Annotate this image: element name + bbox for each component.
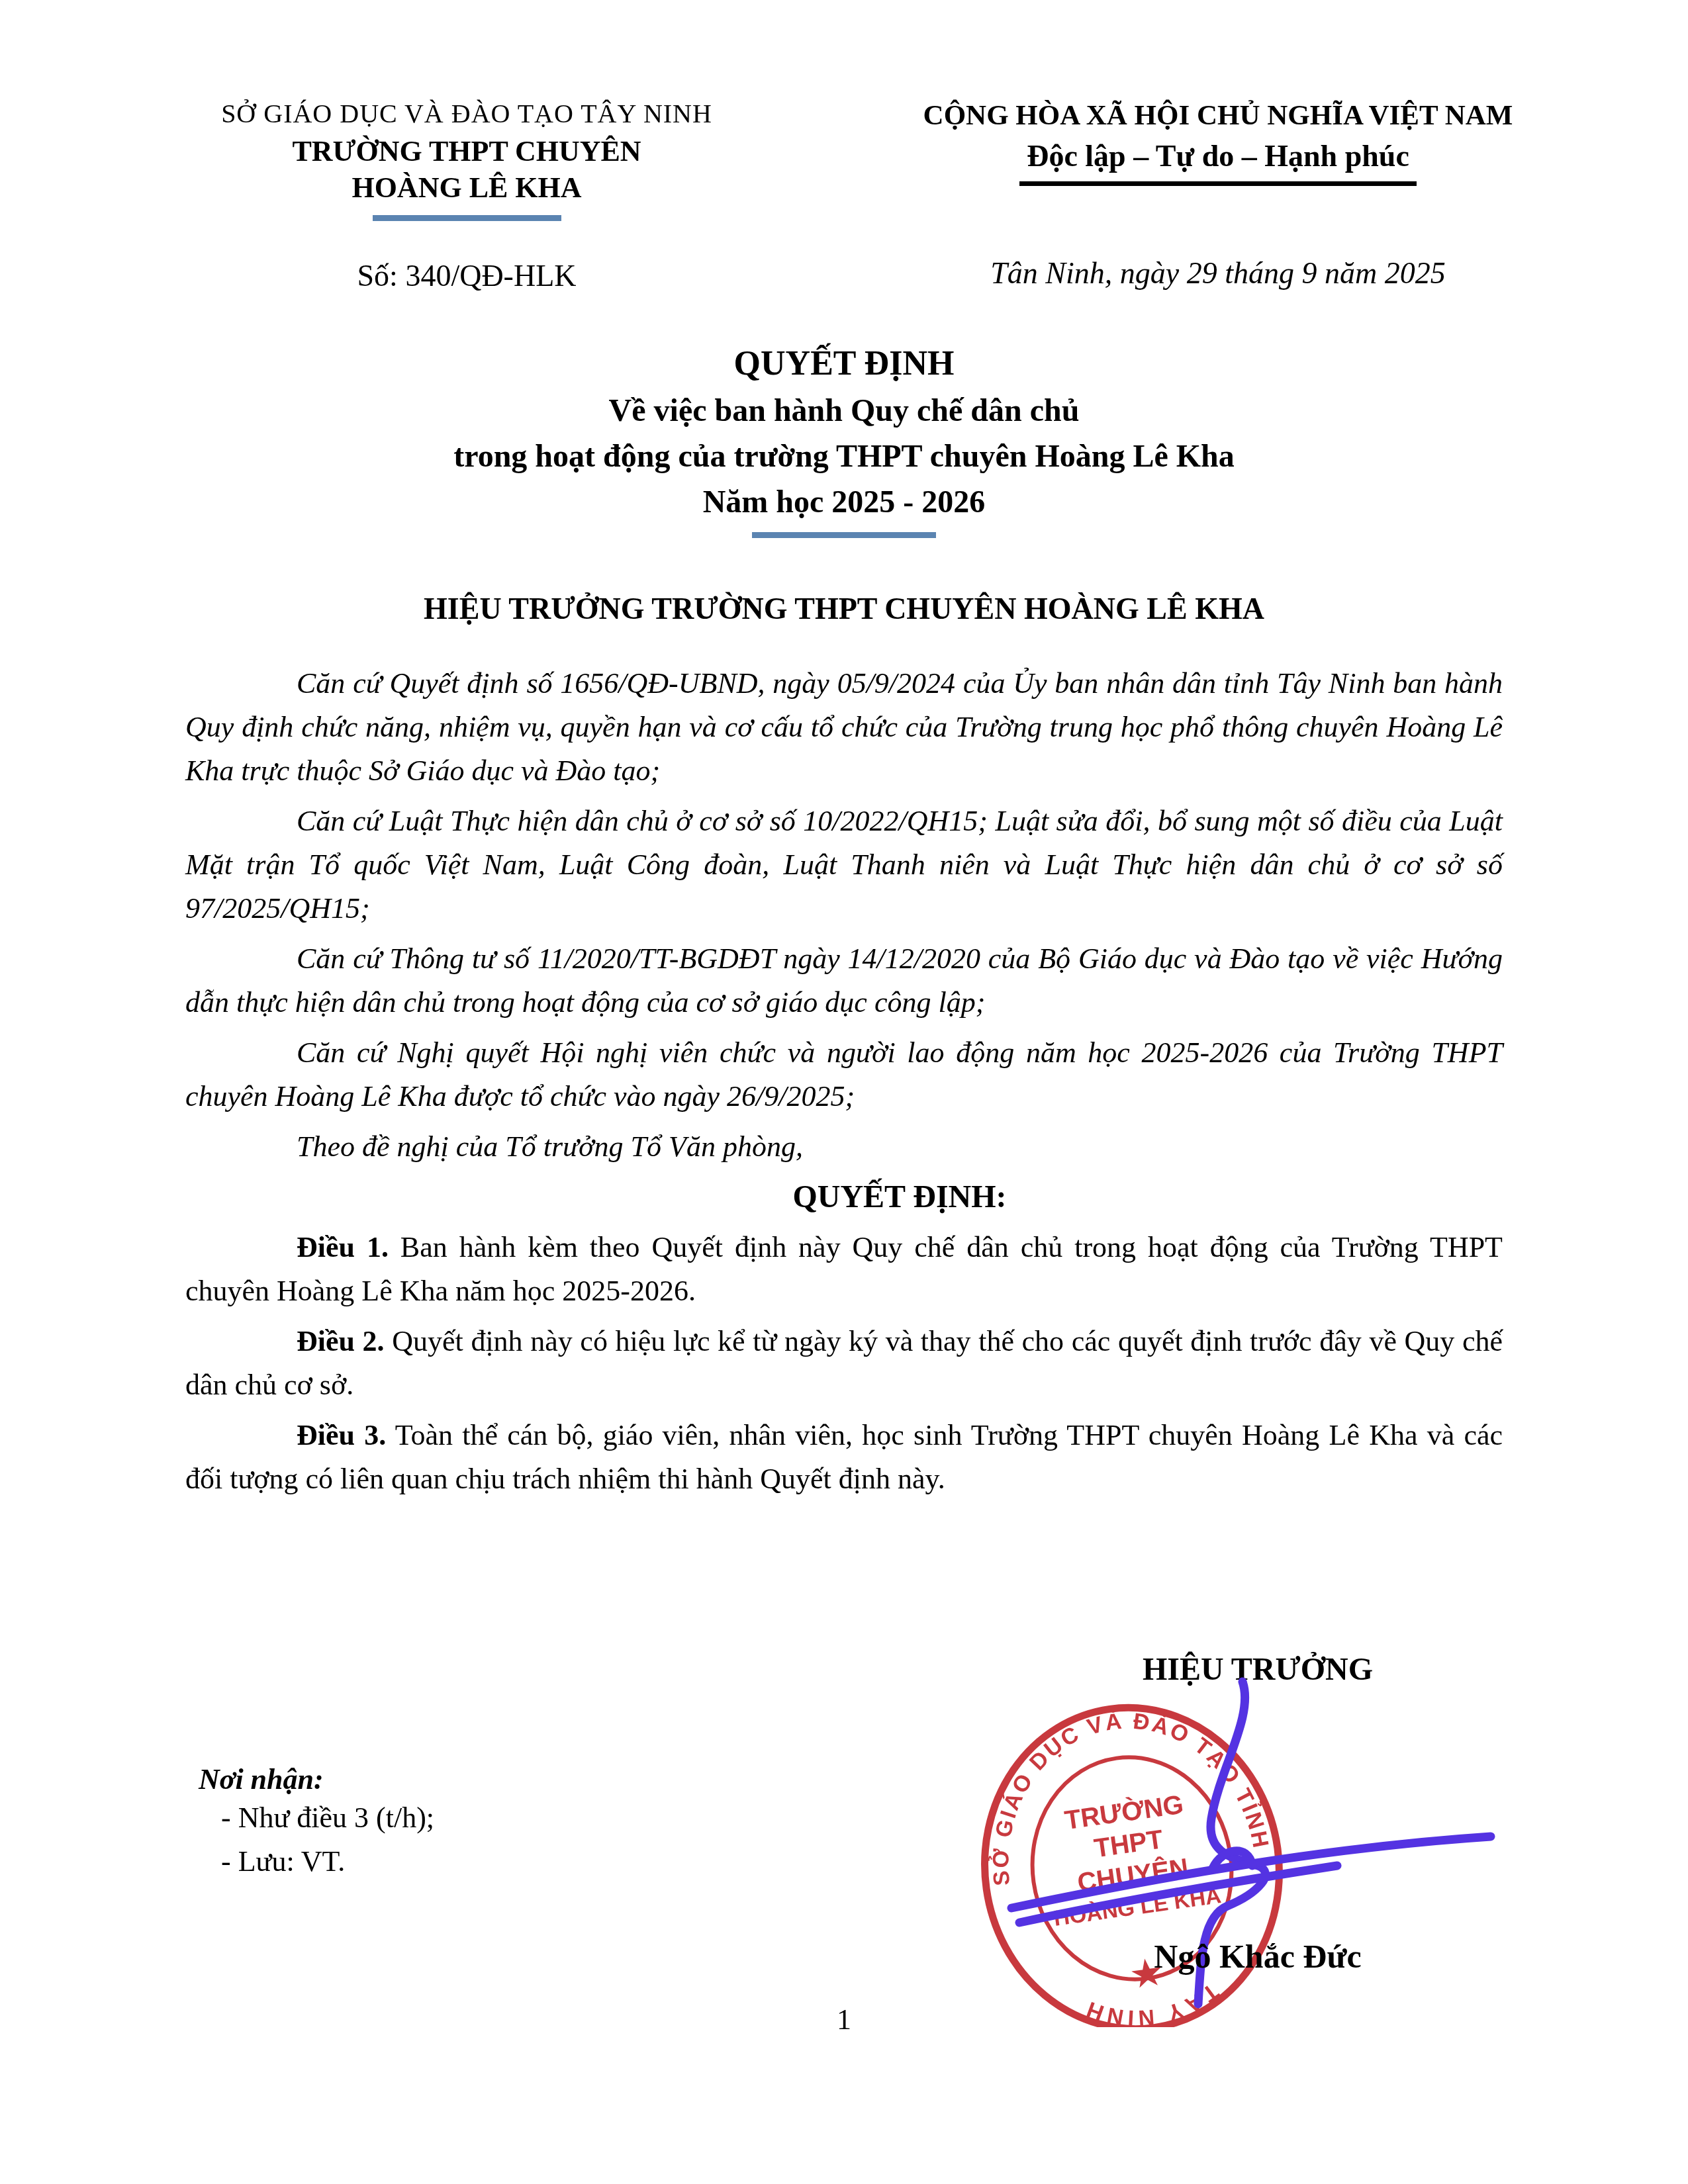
page-number: 1 (0, 2003, 1688, 2036)
preamble-paragraph: Căn cứ Thông tư số 11/2020/TT-BGDĐT ngày… (185, 937, 1503, 1024)
document-page: SỞ GIÁO DỤC VÀ ĐÀO TẠO TÂY NINH TRƯỜNG T… (0, 0, 1688, 2184)
national-header: CỘNG HÒA XÃ HỘI CHỦ NGHĨA VIỆT NAM Độc l… (841, 99, 1595, 186)
org-school-name-line1: TRƯỜNG THPT CHUYÊN (165, 134, 768, 168)
org-parent-name: SỞ GIÁO DỤC VÀ ĐÀO TẠO TÂY NINH (165, 98, 768, 129)
decision-heading: QUYẾT ĐỊNH: (185, 1175, 1503, 1219)
article-2-label: Điều 2. (297, 1325, 385, 1357)
recipient-item: - Như điều 3 (t/h); (221, 1796, 662, 1840)
place-date-line: Tân Ninh, ngày 29 tháng 9 năm 2025 (841, 255, 1595, 291)
national-motto: Độc lập – Tự do – Hạnh phúc (841, 138, 1595, 173)
recipient-item: - Lưu: VT. (221, 1840, 662, 1884)
document-subtitle-line2: trong hoạt động của trường THPT chuyên H… (0, 438, 1688, 475)
document-subtitle-line1: Về việc ban hành Quy chế dân chủ (0, 392, 1688, 429)
article-3: Điều 3. Toàn thể cán bộ, giáo viên, nhân… (185, 1414, 1503, 1501)
preamble-paragraph: Căn cứ Luật Thực hiện dân chủ ở cơ sở số… (185, 799, 1503, 931)
signer-name: Ngô Khắc Đức (1033, 1937, 1483, 1976)
document-body: Căn cứ Quyết định số 1656/QĐ-UBND, ngày … (185, 662, 1503, 1508)
issuer-heading: HIỆU TRƯỞNG TRƯỜNG THPT CHUYÊN HOÀNG LÊ … (0, 591, 1688, 626)
document-title-block: QUYẾT ĐỊNH Về việc ban hành Quy chế dân … (0, 344, 1688, 538)
preamble-paragraph: Căn cứ Quyết định số 1656/QĐ-UBND, ngày … (185, 662, 1503, 793)
article-3-label: Điều 3. (297, 1419, 386, 1451)
preamble: Căn cứ Quyết định số 1656/QĐ-UBND, ngày … (185, 662, 1503, 1169)
preamble-paragraph: Căn cứ Nghị quyết Hội nghị viên chức và … (185, 1031, 1503, 1118)
preamble-paragraph: Theo đề nghị của Tổ trưởng Tổ Văn phòng, (185, 1125, 1503, 1169)
stamp-center-line1: TRƯỜNG (1062, 1788, 1185, 1835)
document-subtitle-line3: Năm học 2025 - 2026 (0, 484, 1688, 520)
org-header: SỞ GIÁO DỤC VÀ ĐÀO TẠO TÂY NINH TRƯỜNG T… (165, 98, 768, 221)
article-2: Điều 2. Quyết định này có hiệu lực kể từ… (185, 1320, 1503, 1407)
article-1: Điều 1. Ban hành kèm theo Quyết định này… (185, 1226, 1503, 1313)
recipients-label: Nơi nhận: (199, 1762, 662, 1796)
org-school-name-line2: HOÀNG LÊ KHA (165, 171, 768, 205)
org-header-underline (373, 215, 561, 221)
national-title: CỘNG HÒA XÃ HỘI CHỦ NGHĨA VIỆT NAM (841, 99, 1595, 132)
title-underline (752, 532, 936, 538)
document-title: QUYẾT ĐỊNH (0, 344, 1688, 383)
national-motto-underline (1019, 181, 1417, 186)
document-number: Số: 340/QĐ-HLK (165, 258, 768, 293)
recipients-block: Nơi nhận: - Như điều 3 (t/h); - Lưu: VT. (199, 1762, 662, 1884)
article-1-label: Điều 1. (297, 1231, 389, 1263)
